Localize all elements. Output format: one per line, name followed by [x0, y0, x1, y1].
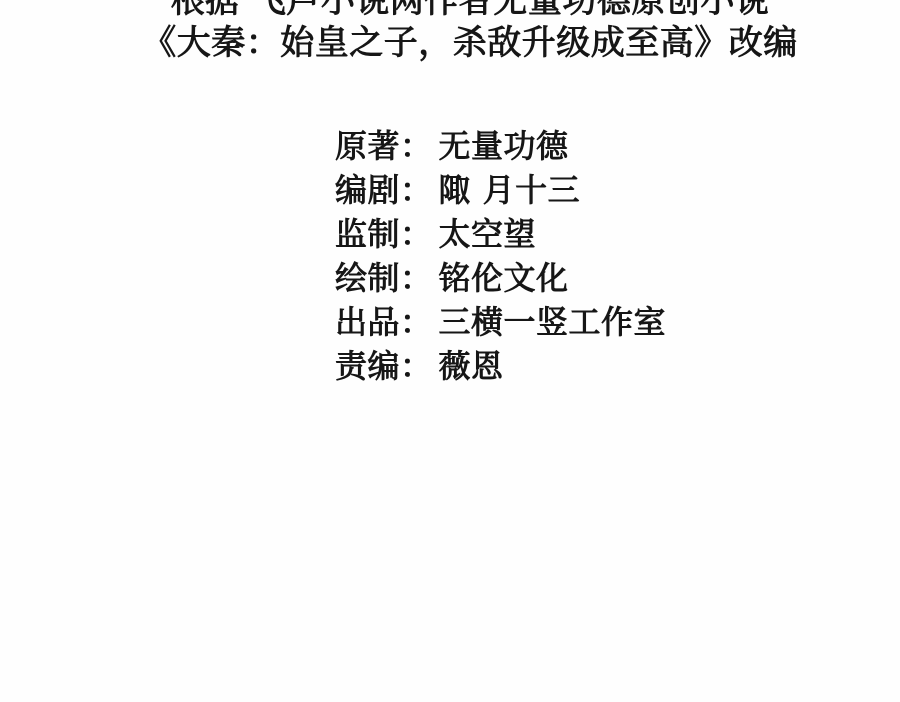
credit-value: 三横一竖工作室 — [439, 300, 667, 344]
credit-label: 原著： — [335, 124, 433, 168]
credit-label: 出品： — [335, 300, 433, 344]
credit-value: 铭伦文化 — [439, 256, 569, 300]
credit-label: 监制： — [335, 212, 433, 256]
credit-line-editor: 责编：薇恩 — [335, 344, 666, 388]
adaptation-title-line: 《大秦：始皇之子，杀敌升级成至高》改编 — [20, 26, 900, 60]
credit-value: 薇恩 — [439, 344, 504, 388]
credit-line-supervisor: 监制：太空望 — [335, 212, 666, 256]
credit-label: 绘制： — [335, 256, 433, 300]
credit-value: 太空望 — [439, 212, 537, 256]
credit-line-illustration: 绘制：铭伦文化 — [335, 256, 666, 300]
credit-value: 无量功德 — [439, 124, 569, 168]
credit-line-producer: 出品：三横一竖工作室 — [335, 300, 666, 344]
credits-block: 原著：无量功德 编剧：陬 月十三 监制：太空望 绘制：铭伦文化 出品：三横一竖工… — [335, 124, 666, 388]
source-attribution-line: 根据 飞卢小说网作者无量功德原创小说 — [20, 0, 900, 18]
comic-credits-page: 根据 飞卢小说网作者无量功德原创小说 《大秦：始皇之子，杀敌升级成至高》改编 原… — [0, 0, 900, 702]
credit-line-original-author: 原著：无量功德 — [335, 124, 666, 168]
credit-label: 责编： — [335, 344, 433, 388]
credit-label: 编剧： — [335, 168, 433, 212]
credit-value: 陬 月十三 — [439, 168, 581, 212]
credit-line-scriptwriter: 编剧：陬 月十三 — [335, 168, 666, 212]
